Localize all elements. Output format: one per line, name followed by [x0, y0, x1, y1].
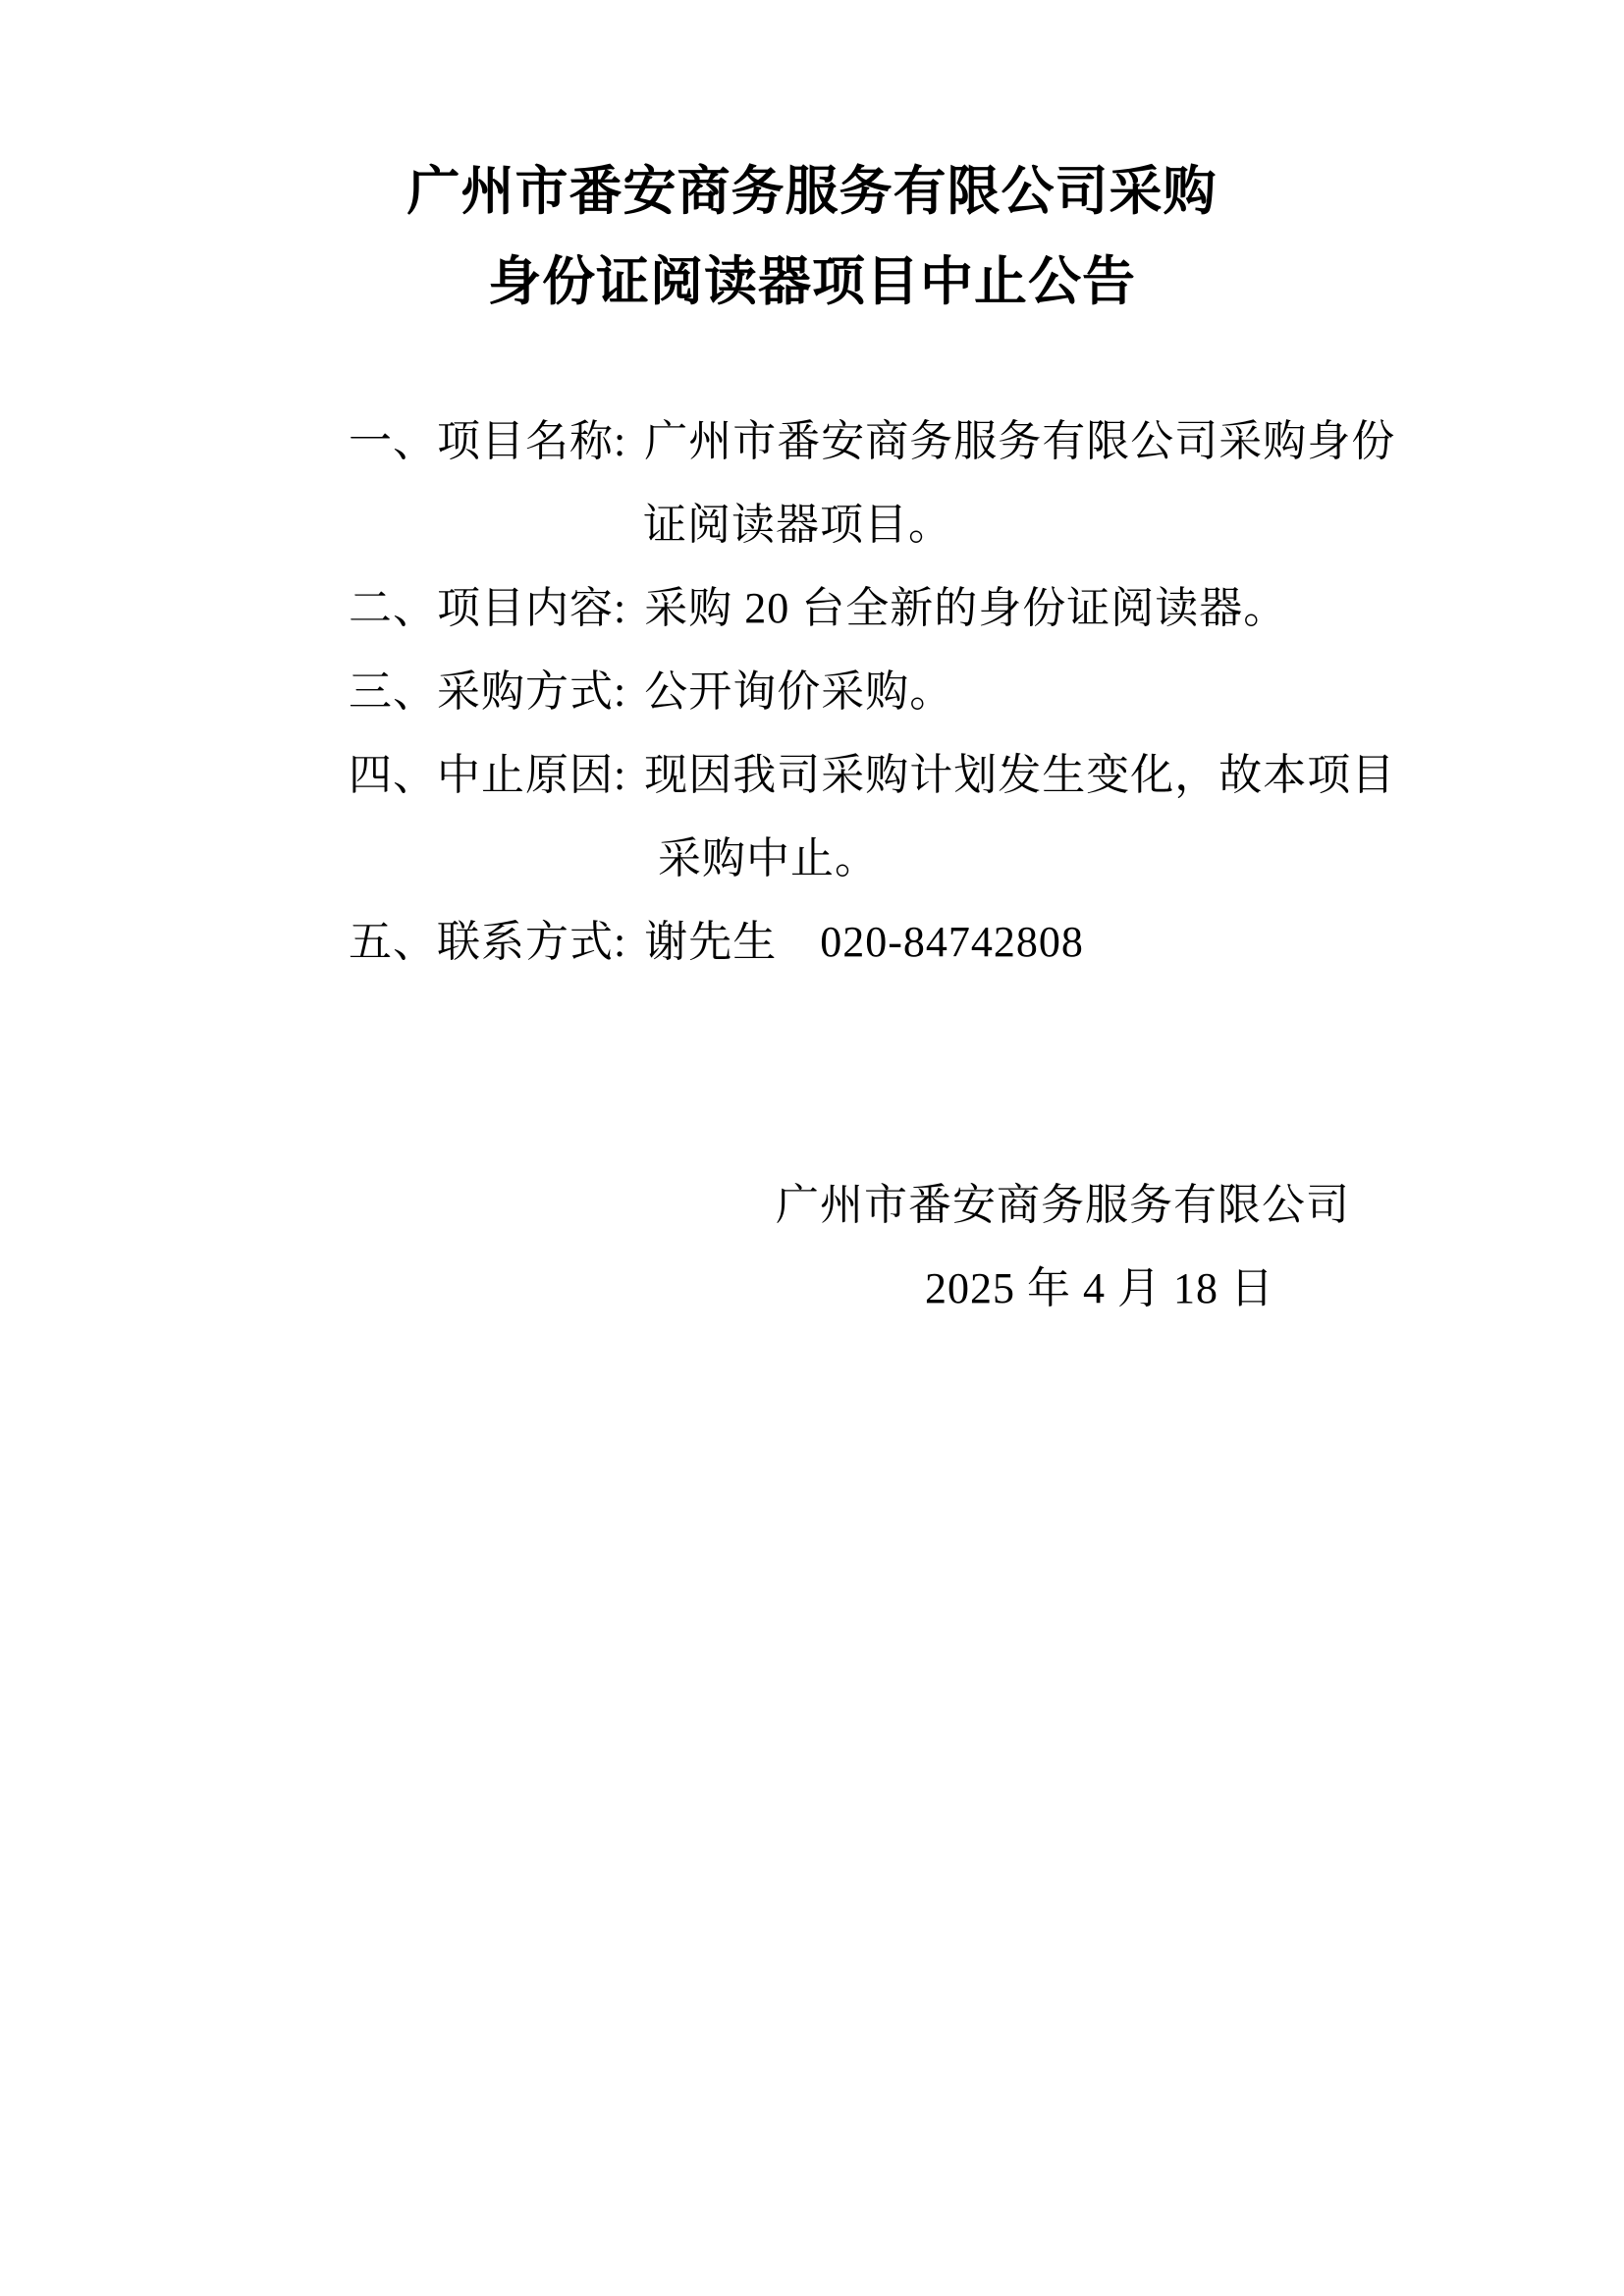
- signature-date: 2025 年 4 月 18 日: [0, 1247, 1624, 1330]
- document-page: 广州市番安商务服务有限公司采购 身份证阅读器项目中止公告 一、项目名称:广州市番…: [0, 0, 1624, 2296]
- item-5-contact-name: 谢先生: [644, 918, 777, 966]
- item-5-marker: 五、: [349, 918, 437, 966]
- item-4-label: 中止原因:: [437, 751, 626, 799]
- item-5-contact-phone: 020-84742808: [820, 918, 1084, 966]
- item-4-content: 现因我司采购计划发生变化，故本项目: [644, 751, 1395, 799]
- title-line-1: 广州市番安商务服务有限公司采购: [0, 146, 1624, 237]
- item-1-line-1: 一、项目名称:广州市番安商务服务有限公司采购身份: [0, 400, 1624, 483]
- signature-company: 广州市番安商务服务有限公司: [0, 1163, 1624, 1247]
- item-5-label: 联系方式:: [437, 918, 626, 966]
- item-1-marker: 一、: [349, 417, 437, 465]
- item-2-line-1: 二、项目内容:采购 20 台全新的身份证阅读器。: [0, 566, 1624, 650]
- item-2-marker: 二、: [349, 584, 437, 632]
- item-3-content: 公开询价采购。: [644, 667, 953, 716]
- item-5-line-1: 五、联系方式:谢先生020-84742808: [0, 900, 1624, 984]
- item-1-label: 项目名称:: [437, 417, 626, 465]
- document-title: 广州市番安商务服务有限公司采购 身份证阅读器项目中止公告: [0, 146, 1624, 327]
- item-3-marker: 三、: [349, 667, 437, 716]
- item-4-marker: 四、: [349, 751, 437, 799]
- item-4-line-2: 采购中止。: [0, 817, 1624, 900]
- document-body: 一、项目名称:广州市番安商务服务有限公司采购身份 证阅读器项目。 二、项目内容:…: [0, 400, 1624, 984]
- item-2-content: 采购 20 台全新的身份证阅读器。: [644, 584, 1287, 632]
- item-1-content: 广州市番安商务服务有限公司采购身份: [644, 417, 1395, 465]
- signature-block: 广州市番安商务服务有限公司 2025 年 4 月 18 日: [0, 1163, 1624, 1330]
- item-1-line-2: 证阅读器项目。: [0, 483, 1624, 566]
- title-line-2: 身份证阅读器项目中止公告: [0, 237, 1624, 327]
- item-4-line-1: 四、中止原因:现因我司采购计划发生变化，故本项目: [0, 733, 1624, 817]
- item-2-label: 项目内容:: [437, 584, 626, 632]
- item-3-label: 采购方式:: [437, 667, 626, 716]
- item-3-line-1: 三、采购方式:公开询价采购。: [0, 650, 1624, 733]
